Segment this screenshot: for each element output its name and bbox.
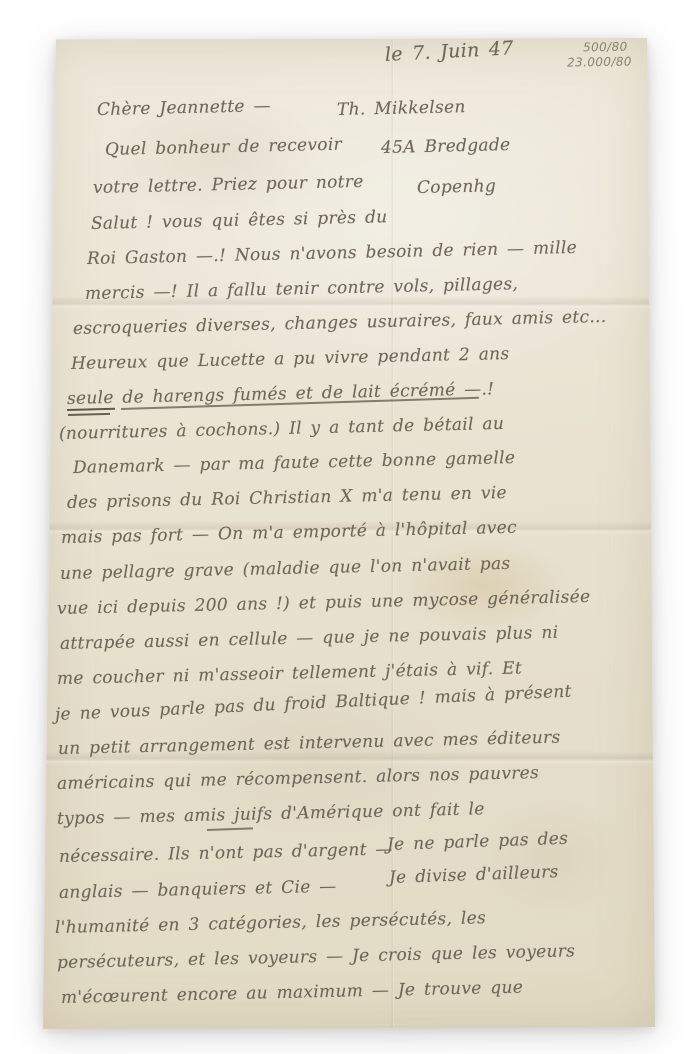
letter-line: Roi Gaston —.! Nous n'avons besoin de ri… [87,238,577,270]
letter-line-underlined: seule de harengs fumés et de lait écrémé… [67,379,495,409]
auction-mark-line1: 500/80 [583,40,628,55]
sender-address-line1: Th. Mikkelsen [337,97,466,120]
letter-salutation: Chère Jeannette — [97,96,271,120]
letter-line: Quel bonheur de recevoir [105,135,342,161]
letter-line: escroqueries diverses, changes usuraires… [73,307,607,339]
letter-line: des prisons du Roi Christian X m'a tenu … [67,483,507,513]
letter-line: Danemark — par ma faute cette bonne game… [73,448,516,478]
sender-address-line2: 45A Bredgade [381,135,511,158]
sender-address-line3: Copenhg [417,176,497,198]
letter-line: attrapée aussi en cellule — que je ne po… [60,623,559,655]
letter-date: le 7. Juin 47 [384,37,514,67]
letter-line: typos — mes amis juifs d'Amérique ont fa… [57,799,485,829]
letter-line: américains qui me récompensent. alors no… [57,763,540,794]
letter-line: mais pas fort — On m'a emporté à l'hôpit… [61,518,517,549]
letter-line: une pellagre grave (maladie que l'on n'a… [60,554,511,585]
letter-line: Salut ! vous qui êtes si près du [91,207,388,234]
letter-line: l'humanité en 3 catégories, les persécut… [55,908,486,938]
paper-shadow-wrap: 500/80 23.000/80 le 7. Juin 47 Chère Jea… [0,0,700,1054]
double-underline-seule [68,413,110,416]
auction-mark-line2: 23.000/80 [567,54,632,70]
underline-juifs [207,827,253,830]
letter-line: nécessaire. Ils n'ont pas d'argent — [59,839,393,867]
letter-content: 500/80 23.000/80 le 7. Juin 47 Chère Jea… [55,38,653,1029]
letter-line: me coucher ni m'asseoir tellement j'étai… [57,658,522,689]
letter-line-right-column: Je divise d'ailleurs [389,862,559,888]
letter-line: (nourritures à cochons.) Il y a tant de … [59,414,505,444]
letter-line: Heureux que Lucette a pu vivre pendant 2… [71,344,510,374]
letter-line: vue ici depuis 200 ans !) et puis une my… [57,587,591,619]
letter-line: je ne vous parle pas du froid Baltique !… [55,682,573,726]
letter-paper: 500/80 23.000/80 le 7. Juin 47 Chère Jea… [43,38,655,1029]
letter-line: votre lettre. Priez pour notre [93,172,364,199]
letter-photo: 500/80 23.000/80 le 7. Juin 47 Chère Jea… [0,0,700,1054]
letter-line: un petit arrangement est intervenu avec … [58,728,561,760]
letter-line: anglais — banquiers et Cie — [59,877,337,904]
letter-line-right-column: Je ne parle pas des [387,829,569,856]
letter-line: m'écœurent encore au maximum — Je trouve… [61,978,524,1009]
letter-line: mercis —! Il a fallu tenir contre vols, … [85,274,519,304]
letter-line: persécuteurs, et les voyeurs — Je crois … [57,941,576,973]
double-underline-seule [67,408,115,411]
